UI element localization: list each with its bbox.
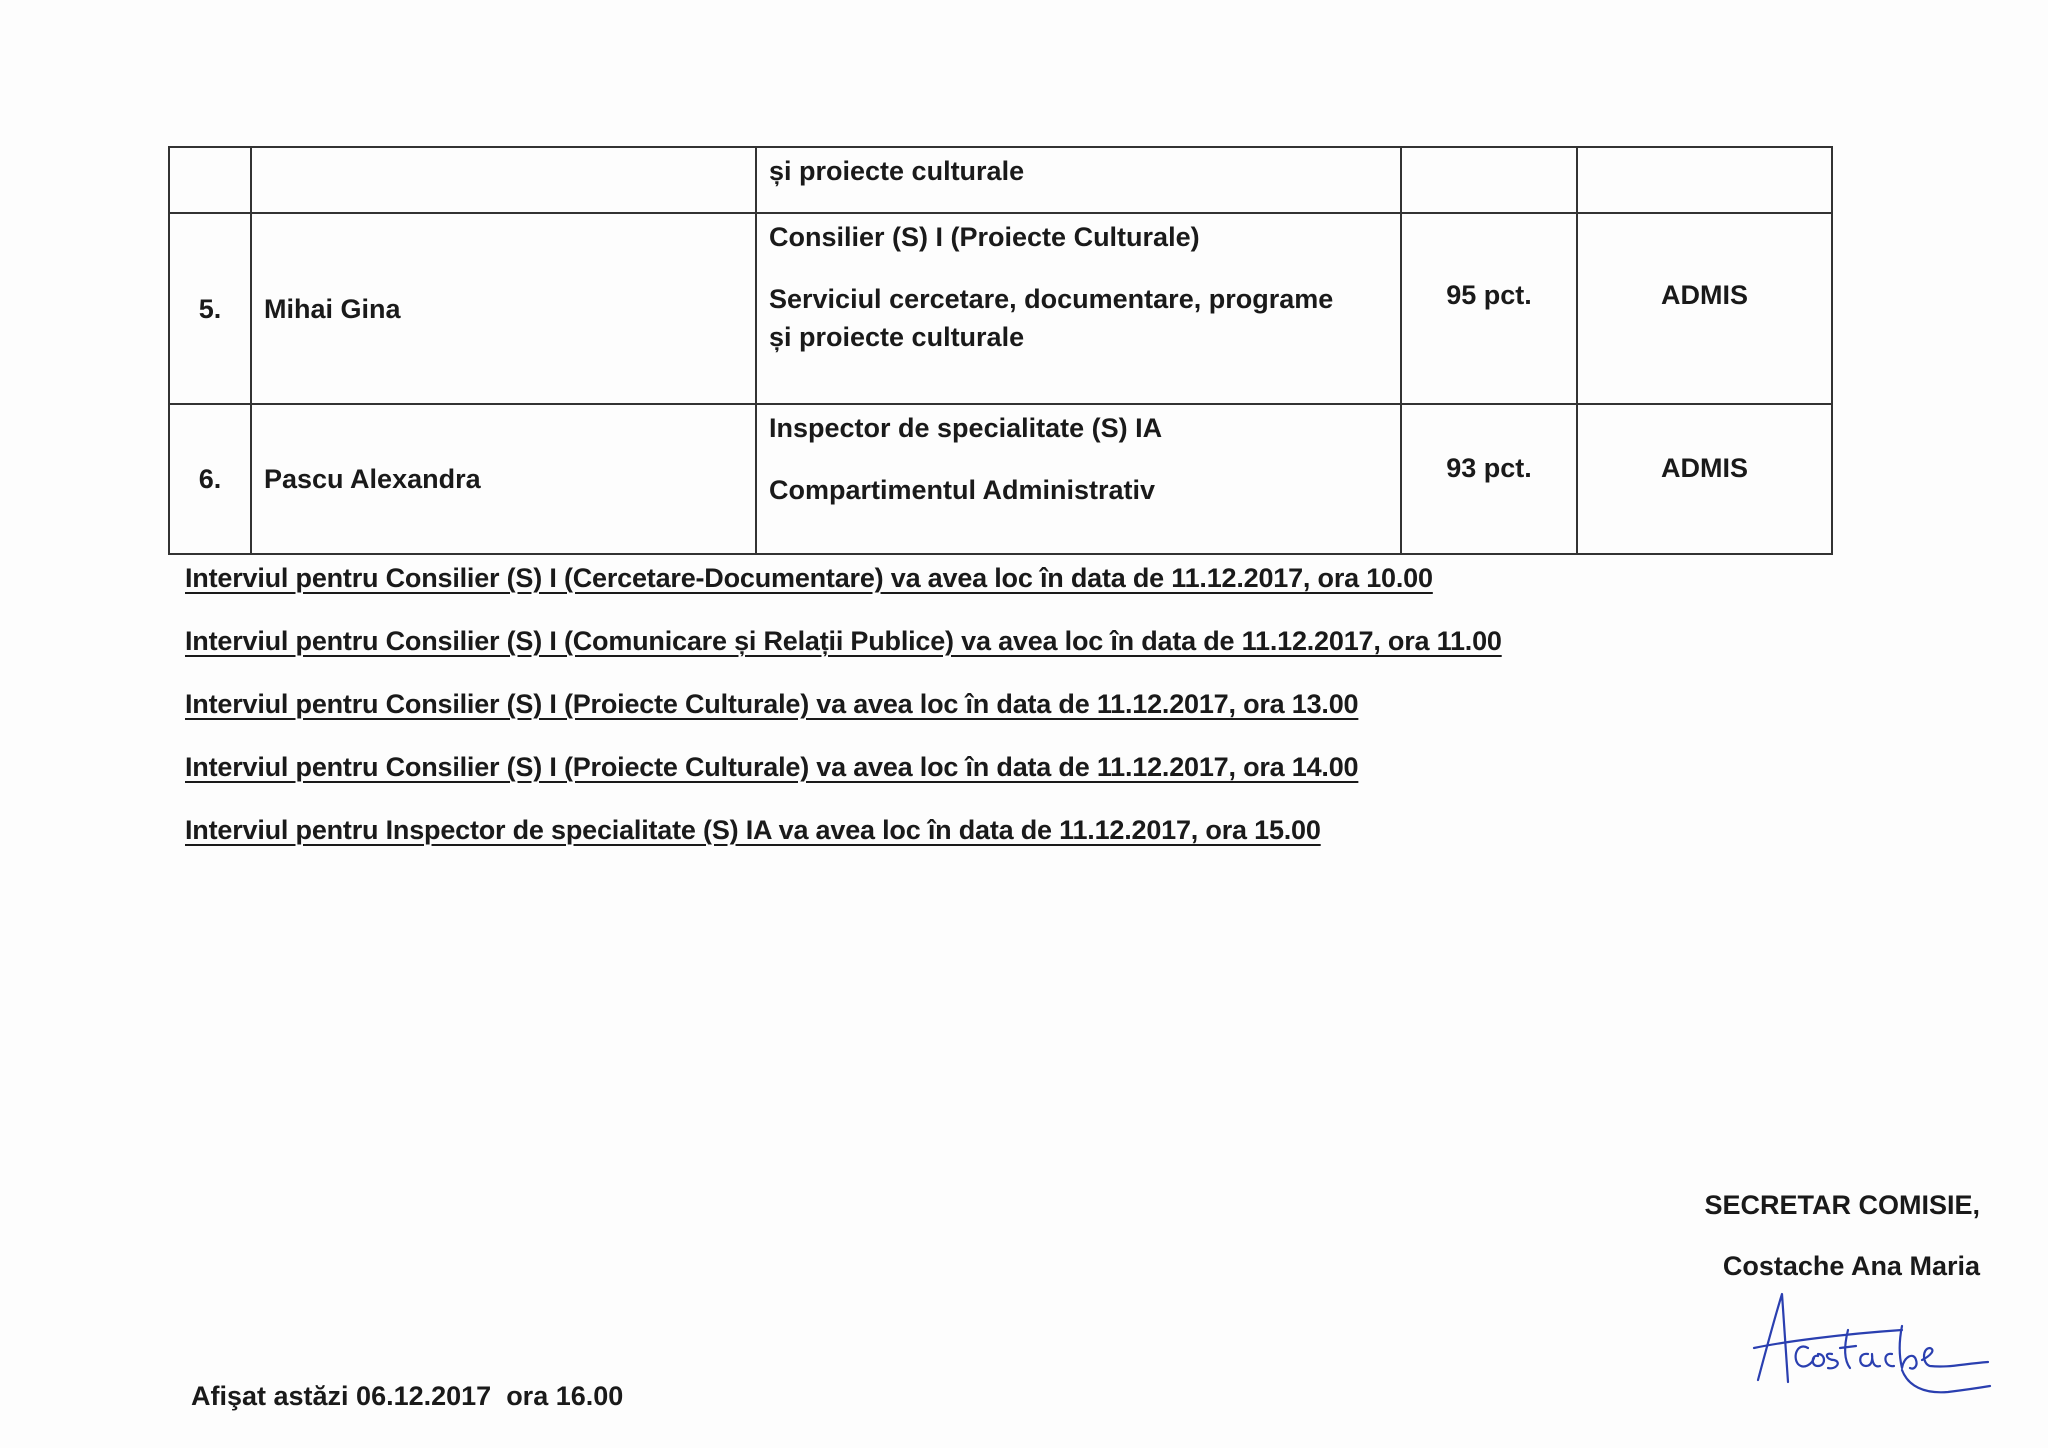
results-table: și proiecte culturale 5. Mihai Gina Cons… <box>168 146 1833 555</box>
table-row-continuation: și proiecte culturale <box>169 147 1832 213</box>
cell-score: 95 pct. <box>1401 213 1577 404</box>
department-line: Compartimentul Administrativ <box>769 471 1400 509</box>
table-row: 5. Mihai Gina Consilier (S) I (Proiecte … <box>169 213 1832 404</box>
signatory-name: Costache Ana Maria <box>1704 1251 1980 1282</box>
cell-name: Pascu Alexandra <box>251 404 756 554</box>
function-title: Consilier (S) I (Proiecte Culturale) <box>769 218 1400 256</box>
cell-number <box>169 147 251 213</box>
posted-date: Afişat astăzi 06.12.2017 ora 16.00 <box>191 1381 623 1412</box>
function-title: Inspector de specialitate (S) IA <box>769 409 1400 447</box>
function-line: și proiecte culturale <box>769 152 1400 190</box>
department-line: Serviciul cercetare, documentare, progra… <box>769 280 1400 318</box>
table-row: 6. Pascu Alexandra Inspector de speciali… <box>169 404 1832 554</box>
interview-line: Interviul pentru Consilier (S) I (Proiec… <box>185 751 1502 783</box>
cell-status: ADMIS <box>1577 213 1832 404</box>
interview-line: Interviul pentru Consilier (S) I (Comuni… <box>185 625 1502 657</box>
department-line: și proiecte culturale <box>769 318 1400 356</box>
cell-name: Mihai Gina <box>251 213 756 404</box>
interview-line: Interviul pentru Consilier (S) I (Cercet… <box>185 562 1502 594</box>
cell-function: Consilier (S) I (Proiecte Culturale) Ser… <box>756 213 1401 404</box>
signature-block: SECRETAR COMISIE, Costache Ana Maria <box>1704 1190 1980 1282</box>
cell-name <box>251 147 756 213</box>
cell-function: și proiecte culturale <box>756 147 1401 213</box>
interview-schedule: Interviul pentru Consilier (S) I (Cercet… <box>185 562 1502 877</box>
cell-status: ADMIS <box>1577 404 1832 554</box>
cell-number: 6. <box>169 404 251 554</box>
cell-score <box>1401 147 1577 213</box>
cell-number: 5. <box>169 213 251 404</box>
cell-score: 93 pct. <box>1401 404 1577 554</box>
interview-line: Interviul pentru Consilier (S) I (Proiec… <box>185 688 1502 720</box>
interview-line: Interviul pentru Inspector de specialita… <box>185 814 1502 846</box>
cell-status <box>1577 147 1832 213</box>
signatory-title: SECRETAR COMISIE, <box>1704 1190 1980 1221</box>
cell-function: Inspector de specialitate (S) IA Compart… <box>756 404 1401 554</box>
handwritten-signature-icon <box>1752 1290 1992 1405</box>
